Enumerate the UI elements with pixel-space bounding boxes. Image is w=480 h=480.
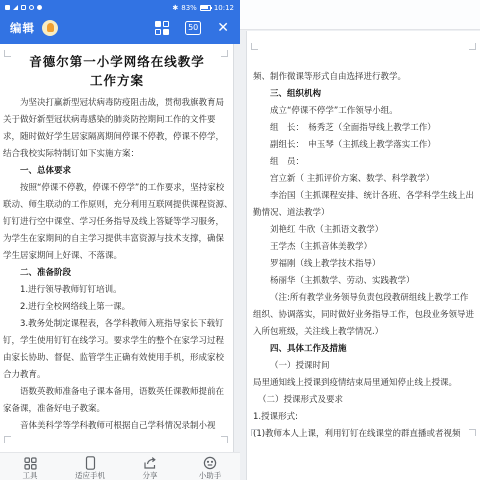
doc-line: 杨丽华（主抓数学、劳动、实践教学）	[253, 273, 474, 290]
toolbar-right: 50 ✕	[155, 21, 229, 35]
bottom-toolbar: 工具 适应手机 分享	[0, 452, 240, 480]
doc-line: 关于做好新型冠状病毒感染的肺炎防控期间工作的文件要	[3, 112, 231, 129]
battery-percent: 83%	[181, 4, 197, 12]
signal-icon	[13, 5, 18, 10]
phone-icon	[83, 456, 97, 470]
doc-line: 勤情况、道法教学）	[253, 205, 474, 222]
page2-margin-mark-tl	[251, 43, 258, 50]
doc-line: 音体美科学等学科教师可根据自己学科情况录制小视	[3, 418, 231, 435]
doc-line: 李治国（主抓课程安排、统计各班、各学科学生线上出	[253, 188, 474, 205]
doc-line: 钉钉进行空中课堂、学习任务指导及线上答疑等学习服务，	[3, 214, 231, 231]
share-button[interactable]: 分享	[120, 453, 180, 480]
tools-grid-icon	[23, 456, 37, 470]
page1-margin-mark-tl	[4, 50, 11, 57]
left-screen-half: ✱ 83% 10:12 编辑 50 ✕	[0, 0, 240, 480]
doc-line: 组 长： 杨秀芝（全面指导线上教学工作）	[253, 120, 474, 137]
toolbar-left: 编辑	[10, 20, 58, 36]
fit-phone-button[interactable]: 适应手机	[60, 453, 120, 480]
doc-line: 入所包班级，关注线上教学情况.）	[253, 324, 474, 341]
doc-line: 1.进行领导教师钉钉培训。	[3, 282, 231, 299]
doc-line: 结合我校实际特制订如下实施方案：	[3, 146, 231, 163]
doc-line: 联动、师生联动的工作原则，充分利用互联网提供课程资源、	[3, 197, 231, 214]
doc-line: 组 员：	[253, 154, 474, 171]
doc-line: 频、制作微课等形式自由选择进行教学。	[253, 69, 474, 86]
doc-line: 宫立新（ 主抓评价方案、数学、科学教学）	[253, 171, 474, 188]
doc-line: 成立“停课不停学”工作领导小组。	[253, 103, 474, 120]
page2-margin-mark-bl	[251, 429, 258, 436]
doc-line: 求，随时做好学生居家隔离期间停课不停教，停课不停学，	[3, 129, 231, 146]
font-size-50-button[interactable]: 50	[185, 21, 201, 35]
doc-line: （二）授课形式及要求	[253, 392, 474, 409]
page2-margin-mark-tr	[469, 43, 476, 50]
page2-margin-mark-br	[469, 429, 476, 436]
doc-line: (1)教师本人上课，利用钉钉在线课堂的群直播或者视频	[253, 426, 474, 443]
edit-button[interactable]: 编辑	[10, 20, 35, 36]
page1-body: 为坚决打赢新型冠状病毒防疫阻击战，贯彻我旗教育局 关于做好新型冠状病毒感染的肺炎…	[3, 95, 231, 435]
doc-line: 罗福刚（线上教学技术指导）	[253, 256, 474, 273]
battery-icon	[200, 5, 211, 11]
doc-line: 为坚决打赢新型冠状病毒防疫阻击战，贯彻我旗教育局	[3, 95, 231, 112]
tools-grid-icon[interactable]	[155, 21, 169, 35]
status-icon-2	[21, 5, 26, 10]
doc-line: 副组长： 申玉琴（主抓线上教学落实工作）	[253, 137, 474, 154]
app-header: ✱ 83% 10:12 编辑 50 ✕	[0, 0, 240, 44]
tools-button[interactable]: 工具	[0, 453, 60, 480]
document-page-1[interactable]: 音德尔第一小学网络在线教学 工作方案 为坚决打赢新型冠状病毒防疫阻击战，贯彻我旗…	[0, 44, 234, 452]
doc-line: 按照“停课不停教，停课不停学”的工作要求，坚持家校	[3, 180, 231, 197]
doc-line: 家备课，准备好电子教案。	[3, 401, 231, 418]
assistant-smiley-icon	[203, 456, 217, 470]
doc-line: 1.授课形式:	[253, 409, 474, 426]
doc-line: 为学生在家期间的自主学习提供丰富资源与技术支撑，确保	[3, 231, 231, 248]
doc-line: 刘艳红 牛欣（主抓语文教学）	[253, 222, 474, 239]
page-gap-strip	[240, 0, 480, 30]
doc-line: 由家长协助、督促、监管学生正确有效使用手机，形成家校	[3, 350, 231, 367]
doc-line: 局里通知线上授课到疫情结束局里通知停止线上授课。	[253, 375, 474, 392]
doc-heading: 二、准备阶段	[3, 265, 231, 282]
share-icon	[143, 456, 157, 470]
document-toolbar: 编辑 50 ✕	[0, 13, 240, 44]
battery-saver-icon: ✱	[172, 4, 178, 12]
doc-heading: 三、组织机构	[253, 86, 474, 103]
document-title-line1: 音德尔第一小学网络在线教学	[3, 52, 231, 71]
doc-heading: 一、总体要求	[3, 163, 231, 180]
app-screen: ✱ 83% 10:12 编辑 50 ✕	[0, 0, 480, 480]
doc-line: 语数英教师准备电子课本备用，语数英任课教师提前在	[3, 384, 231, 401]
page1-margin-mark-bl	[4, 436, 11, 443]
doc-line: 组织、协调落实，同时做好业务指导工作，包段业务领导进	[253, 307, 474, 324]
doc-line: 学生居家期间上好课、不落课。	[3, 248, 231, 265]
status-notification-icons	[5, 5, 42, 10]
doc-line: 王学杰（主抓音体美教学）	[253, 239, 474, 256]
assistant-label: 小助手	[199, 471, 222, 480]
document-title-line2: 工作方案	[3, 71, 231, 90]
status-bar: ✱ 83% 10:12	[0, 0, 240, 13]
document-page-2[interactable]: 频、制作微课等形式自由选择进行教学。 三、组织机构 成立“停课不停学”工作领导小…	[246, 31, 480, 480]
status-icon-3	[29, 5, 34, 10]
doc-heading: 四、具体工作及措施	[253, 341, 474, 358]
status-icon-4	[37, 5, 42, 10]
share-label: 分享	[143, 471, 158, 480]
page1-margin-mark-tr	[221, 50, 228, 57]
clock-time: 10:12	[214, 4, 234, 12]
doc-line: 钉，学生使用钉钉在线学习。要求学生的整个在家学习过程	[3, 333, 231, 350]
right-screen-half: 频、制作微课等形式自由选择进行教学。 三、组织机构 成立“停课不停学”工作领导小…	[240, 0, 480, 480]
doc-line: （注:所有教学业务领导负责包段教研组线上教学工作	[253, 290, 474, 307]
assistant-button[interactable]: 小助手	[180, 453, 240, 480]
page1-margin-mark-br	[221, 436, 228, 443]
fit-phone-label: 适应手机	[75, 471, 105, 480]
doc-line: 合力教育。	[3, 367, 231, 384]
member-badge-icon[interactable]	[42, 20, 58, 36]
status-icon-1	[5, 5, 10, 10]
doc-line: 3.教务处制定课程表，各学科教师入班指导家长下载钉	[3, 316, 231, 333]
doc-line: （一）授课时间	[253, 358, 474, 375]
status-right: ✱ 83% 10:12	[172, 4, 234, 12]
tools-label: 工具	[23, 471, 38, 480]
doc-line: 2.进行全校网络线上第一课。	[3, 299, 231, 316]
close-icon[interactable]: ✕	[217, 21, 229, 35]
